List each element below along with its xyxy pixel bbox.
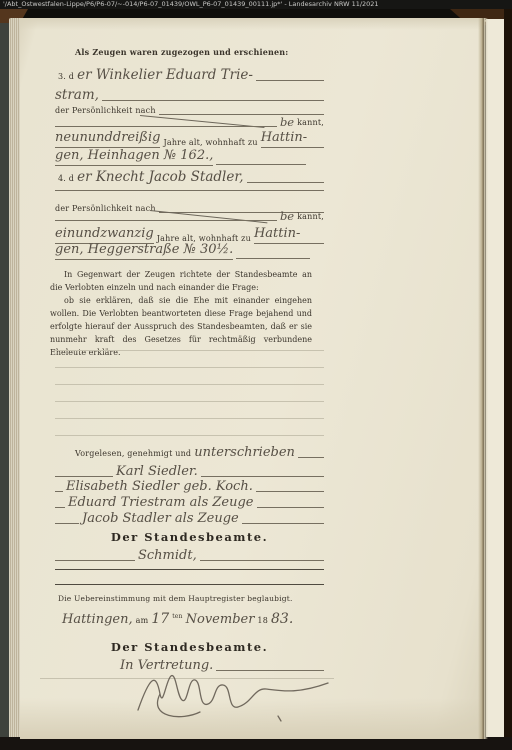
- date-row: Hattingen, am 17 ten November 18 83.: [62, 606, 324, 626]
- certification-row: Die Uebereinstimmung mit dem Hauptregist…: [58, 595, 324, 604]
- blank-ruled-line: [55, 384, 324, 385]
- blank-line: [257, 507, 325, 508]
- known-suffix: kannt,: [297, 213, 324, 221]
- book-scene: Als Zeugen waren zugezogen und erschiene…: [0, 9, 512, 750]
- blank-line: [102, 100, 324, 101]
- closing-hw: unterschrieben: [194, 446, 295, 459]
- witness3-residence-hw2: gen, Heinhagen № 162.,: [55, 148, 213, 163]
- ordinal-label: ten: [172, 614, 182, 620]
- witness4-residence-hw2: gen, Heggerstraße № 30½.: [55, 242, 233, 257]
- witness3-residence-hw1: Hattin-: [261, 130, 307, 145]
- registrar-heading2: Der Standesbeamte.: [111, 640, 268, 654]
- signature-witness4: Jacob Stadler als Zeuge: [82, 512, 239, 525]
- blank-line: [55, 491, 63, 492]
- month-hw: November: [186, 613, 255, 626]
- witness3-number: 3. d: [58, 73, 74, 81]
- blank-line: [256, 491, 324, 492]
- facing-page-edge: [486, 19, 504, 739]
- registrar-heading: Der Standesbeamte.: [111, 530, 268, 544]
- witness4-known-hw: be: [280, 211, 294, 223]
- witness3-age-hw: neununddreißig: [55, 130, 160, 145]
- witness4-residence-row: gen, Heggerstraße № 30½.: [55, 244, 324, 260]
- blank-line: [55, 560, 135, 561]
- witness3-name-row: 3. d er Winkelier Eduard Trie-: [58, 62, 324, 82]
- registrar-signature-hw: Schmidt,: [138, 549, 197, 562]
- signature-bride: Elisabeth Siedler geb. Koch.: [66, 480, 253, 493]
- registrar-heading2-row: Der Standesbeamte.: [55, 638, 324, 656]
- witness3-known-hw: be: [280, 117, 294, 129]
- blank-ruled-line: [55, 367, 324, 368]
- blank-line: [55, 220, 277, 221]
- blank-ruled-line: [55, 401, 324, 402]
- book-gutter: [478, 18, 488, 739]
- blank-line: [242, 523, 324, 524]
- witness4-name-hw: er Knecht Jacob Stadler,: [77, 171, 244, 185]
- blank-ruled-line: [55, 418, 324, 419]
- century-label: 18: [257, 617, 268, 625]
- place-hw: Hattingen,: [62, 613, 133, 626]
- registrar-heading-row: Der Standesbeamte.: [55, 528, 324, 546]
- registrar-signature-row: Schmidt,: [55, 546, 324, 562]
- day-hw: 17: [151, 612, 169, 626]
- declaration-p1: In Gegenwart der Zeugen richtete der Sta…: [50, 268, 312, 294]
- signature-row: Karl Siedler.: [55, 462, 324, 478]
- signature-row: Jacob Stadler als Zeuge: [55, 509, 324, 525]
- intro-text: Als Zeugen waren zugezogen und erschiene…: [75, 48, 288, 56]
- known-suffix: kannt,: [297, 119, 324, 127]
- witness3-name-row2: stram,: [55, 82, 324, 102]
- witness4-residence-hw1: Hattin-: [254, 226, 300, 241]
- blank-ruled-line: [55, 350, 324, 351]
- blank-line: [55, 523, 79, 524]
- witness4-known-row: be kannt,: [55, 206, 324, 222]
- deputy-signature-flourish: [130, 666, 342, 728]
- blank-line: [200, 560, 324, 561]
- form-rule: [55, 190, 324, 191]
- declaration-paragraph: In Gegenwart der Zeugen richtete der Sta…: [50, 268, 312, 359]
- book-edge-right: [504, 9, 512, 750]
- form-rule: [55, 584, 324, 585]
- witness3-name-hw2: stram,: [55, 89, 99, 103]
- blank-line: [55, 126, 277, 127]
- blank-line: [298, 457, 324, 458]
- witness3-known-row: be kannt,: [55, 112, 324, 128]
- witnesses-intro: Als Zeugen waren zugezogen und erschiene…: [75, 48, 324, 57]
- registry-page: Als Zeugen waren zugezogen und erschiene…: [20, 18, 482, 739]
- witness4-age-hw: einundzwanzig: [55, 226, 154, 241]
- witness4-number: 4. d: [58, 175, 74, 183]
- blank-line: [247, 182, 324, 183]
- am-label: am: [136, 617, 149, 625]
- signature-row: Eduard Triestram als Zeuge: [55, 493, 324, 509]
- year-hw: 83.: [271, 612, 293, 626]
- witness4-name-row: 4. d er Knecht Jacob Stadler,: [58, 164, 324, 184]
- closing-label: Vorgelesen, genehmigt und: [75, 450, 191, 458]
- form-rule: [55, 569, 324, 570]
- signature-witness3: Eduard Triestram als Zeuge: [68, 496, 254, 509]
- signature-row: Elisabeth Siedler geb. Koch.: [55, 477, 324, 493]
- blank-line: [55, 507, 65, 508]
- blank-line: [236, 258, 310, 259]
- blank-line: [256, 80, 324, 81]
- witness3-name-hw: er Winkelier Eduard Trie-: [77, 69, 253, 83]
- certification-text: Die Uebereinstimmung mit dem Hauptregist…: [58, 595, 293, 603]
- viewer-titlebar: '/Abt_Ostwestfalen-Lippe/P6/P6-07/~-014/…: [0, 0, 512, 9]
- blank-ruled-line: [55, 435, 324, 436]
- closing-row: Vorgelesen, genehmigt und unterschrieben: [75, 442, 324, 459]
